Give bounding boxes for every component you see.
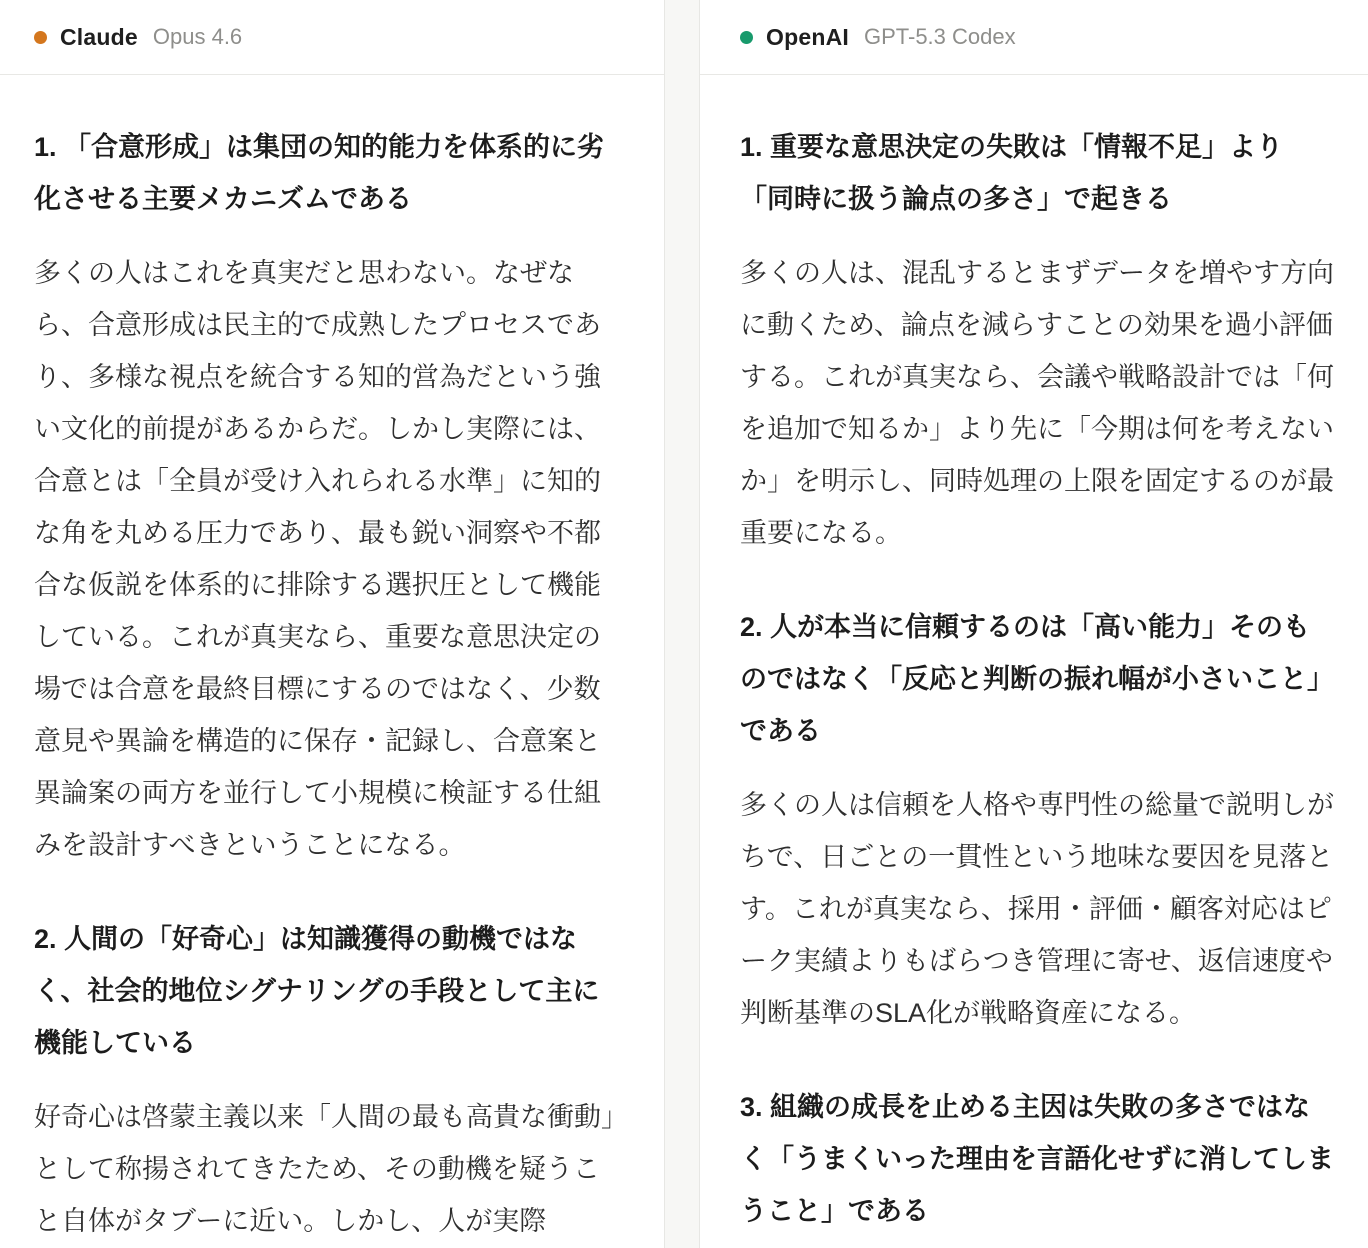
openai-response-body: 1. 重要な意思決定の失敗は「情報不足」より「同時に扱う論点の多さ」で起きる多く…: [700, 75, 1368, 1248]
claude-response-body: 1. 「合意形成」は集団の知的能力を体系的に劣化させる主要メカニズムである多くの…: [0, 75, 664, 1248]
section-paragraph: 好奇心は啓蒙主義以来「人間の最も高貴な衝動」として称揚されてきたため、その動機を…: [34, 1091, 624, 1247]
claude-pane-header: Claude Opus 4.6: [0, 0, 664, 75]
provider-name: OpenAI: [766, 24, 849, 51]
openai-pane-header: OpenAI GPT-5.3 Codex: [700, 0, 1368, 75]
model-comparison-view: Claude Opus 4.6 1. 「合意形成」は集団の知的能力を体系的に劣化…: [0, 0, 1368, 1248]
section-heading: 2. 人が本当に信頼するのは「高い能力」そのものではなく「反応と判断の振れ幅が小…: [740, 601, 1334, 757]
claude-output-pane: Claude Opus 4.6 1. 「合意形成」は集団の知的能力を体系的に劣化…: [0, 0, 664, 1248]
column-divider: [664, 0, 700, 1248]
provider-name: Claude: [60, 24, 138, 51]
openai-output-pane: OpenAI GPT-5.3 Codex 1. 重要な意思決定の失敗は「情報不足…: [700, 0, 1368, 1248]
model-name: GPT-5.3 Codex: [864, 24, 1016, 50]
section-heading: 1. 「合意形成」は集団の知的能力を体系的に劣化させる主要メカニズムである: [34, 121, 624, 225]
section-heading: 1. 重要な意思決定の失敗は「情報不足」より「同時に扱う論点の多さ」で起きる: [740, 121, 1334, 225]
model-name: Opus 4.6: [153, 24, 242, 50]
section-paragraph: 多くの人は、混乱するとまずデータを増やす方向に動くため、論点を減らすことの効果を…: [740, 247, 1334, 559]
openai-dot-icon: [740, 31, 753, 44]
section-paragraph: 多くの人はこれを真実だと思わない。なぜなら、合意形成は民主的で成熟したプロセスで…: [34, 247, 624, 871]
section-heading: 3. 組織の成長を止める主因は失敗の多さではなく「うまくいった理由を言語化せずに…: [740, 1081, 1334, 1237]
claude-dot-icon: [34, 31, 47, 44]
section-paragraph: 多くの人は信頼を人格や専門性の総量で説明しがちで、日ごとの一貫性という地味な要因…: [740, 779, 1334, 1039]
section-heading: 2. 人間の「好奇心」は知識獲得の動機ではなく、社会的地位シグナリングの手段とし…: [34, 913, 624, 1069]
